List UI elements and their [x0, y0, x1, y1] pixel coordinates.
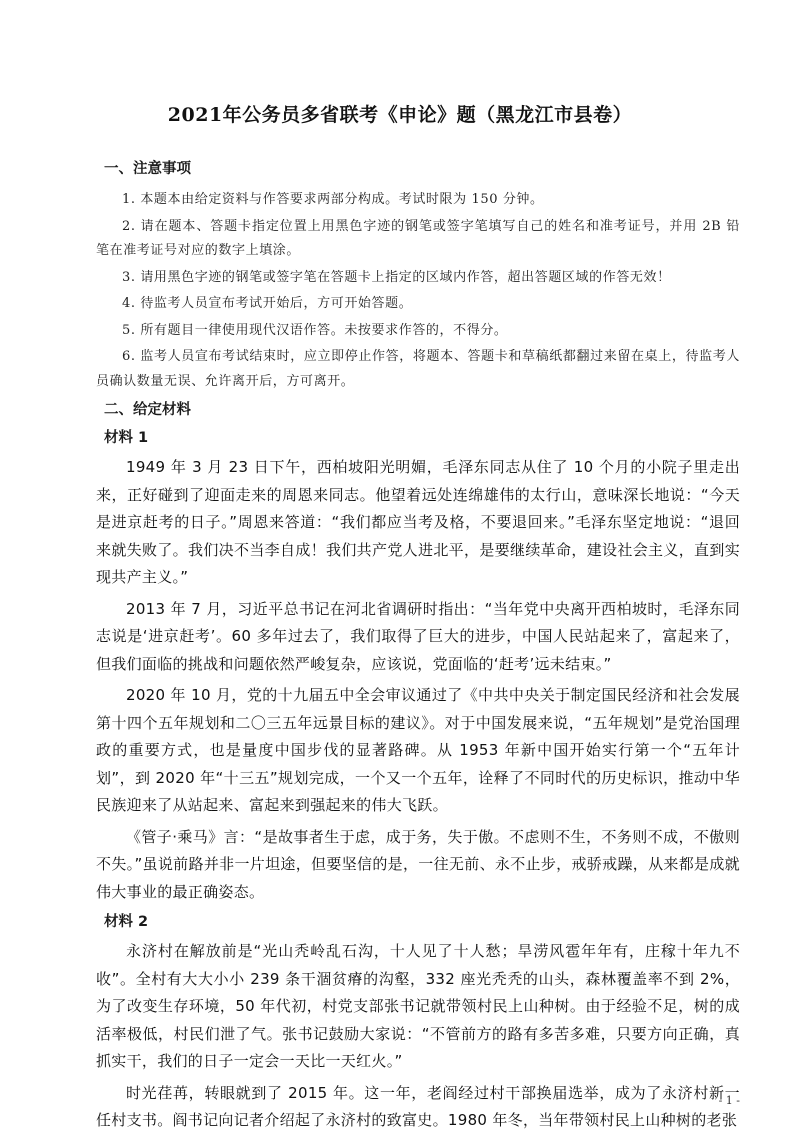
- document-page: 2021年公务员多省联考《申论》题（黑龙江市县卷） 一、注意事项 1. 本题本由…: [0, 0, 800, 1131]
- notice-item: 2. 请在题本、答题卡指定位置上用黑色字迹的钢笔或签字笔填写自己的姓名和准考证号…: [96, 215, 740, 264]
- material-paragraph: 时光荏苒，转眼就到了 2015 年。这一年，老阎经过村干部换届选举，成为了永济村…: [96, 1080, 740, 1131]
- notice-item: 4. 待监考人员宣布考试开始后，方可开始答题。: [96, 292, 740, 317]
- page-number: - 1 -: [719, 1094, 740, 1107]
- section-heading-notice: 一、注意事项: [104, 158, 740, 180]
- material-paragraph: 1949 年 3 月 23 日下午，西柏坡阳光明媚，毛泽东同志从住了 10 个月…: [96, 454, 740, 592]
- notice-item: 3. 请用黑色字迹的钢笔或签字笔在答题卡上指定的区域内作答，超出答题区域的作答无…: [96, 266, 740, 291]
- notice-item: 5. 所有题目一律使用现代汉语作答。未按要求作答的，不得分。: [96, 319, 740, 344]
- notice-item: 6. 监考人员宣布考试结束时，应立即停止作答，将题本、答题卡和草稿纸都翻过来留在…: [96, 345, 740, 394]
- notice-item: 1. 本题本由给定资料与作答要求两部分构成。考试时限为 150 分钟。: [96, 188, 740, 213]
- material-paragraph: 《管子·乘马》言：“是故事者生于虑，成于务，失于傲。不虑则不生，不务则不成，不傲…: [96, 824, 740, 907]
- material-paragraph: 2013 年 7 月，习近平总书记在河北省调研时指出：“当年党中央离开西柏坡时，…: [96, 596, 740, 679]
- section-heading-materials: 二、给定材料: [104, 398, 740, 422]
- document-title: 2021年公务员多省联考《申论》题（黑龙江市县卷）: [0, 100, 800, 127]
- document-body: 一、注意事项 1. 本题本由给定资料与作答要求两部分构成。考试时限为 150 分…: [96, 158, 740, 1131]
- material-paragraph: 永济村在解放前是“光山秃岭乱石沟，十人见了十人愁；旱涝风雹年年有，庄稼十年九不收…: [96, 938, 740, 1076]
- material-paragraph: 2020 年 10 月，党的十九届五中全会审议通过了《中共中央关于制定国民经济和…: [96, 682, 740, 820]
- material-2-heading: 材料 2: [104, 910, 740, 934]
- material-1-heading: 材料 1: [104, 426, 740, 450]
